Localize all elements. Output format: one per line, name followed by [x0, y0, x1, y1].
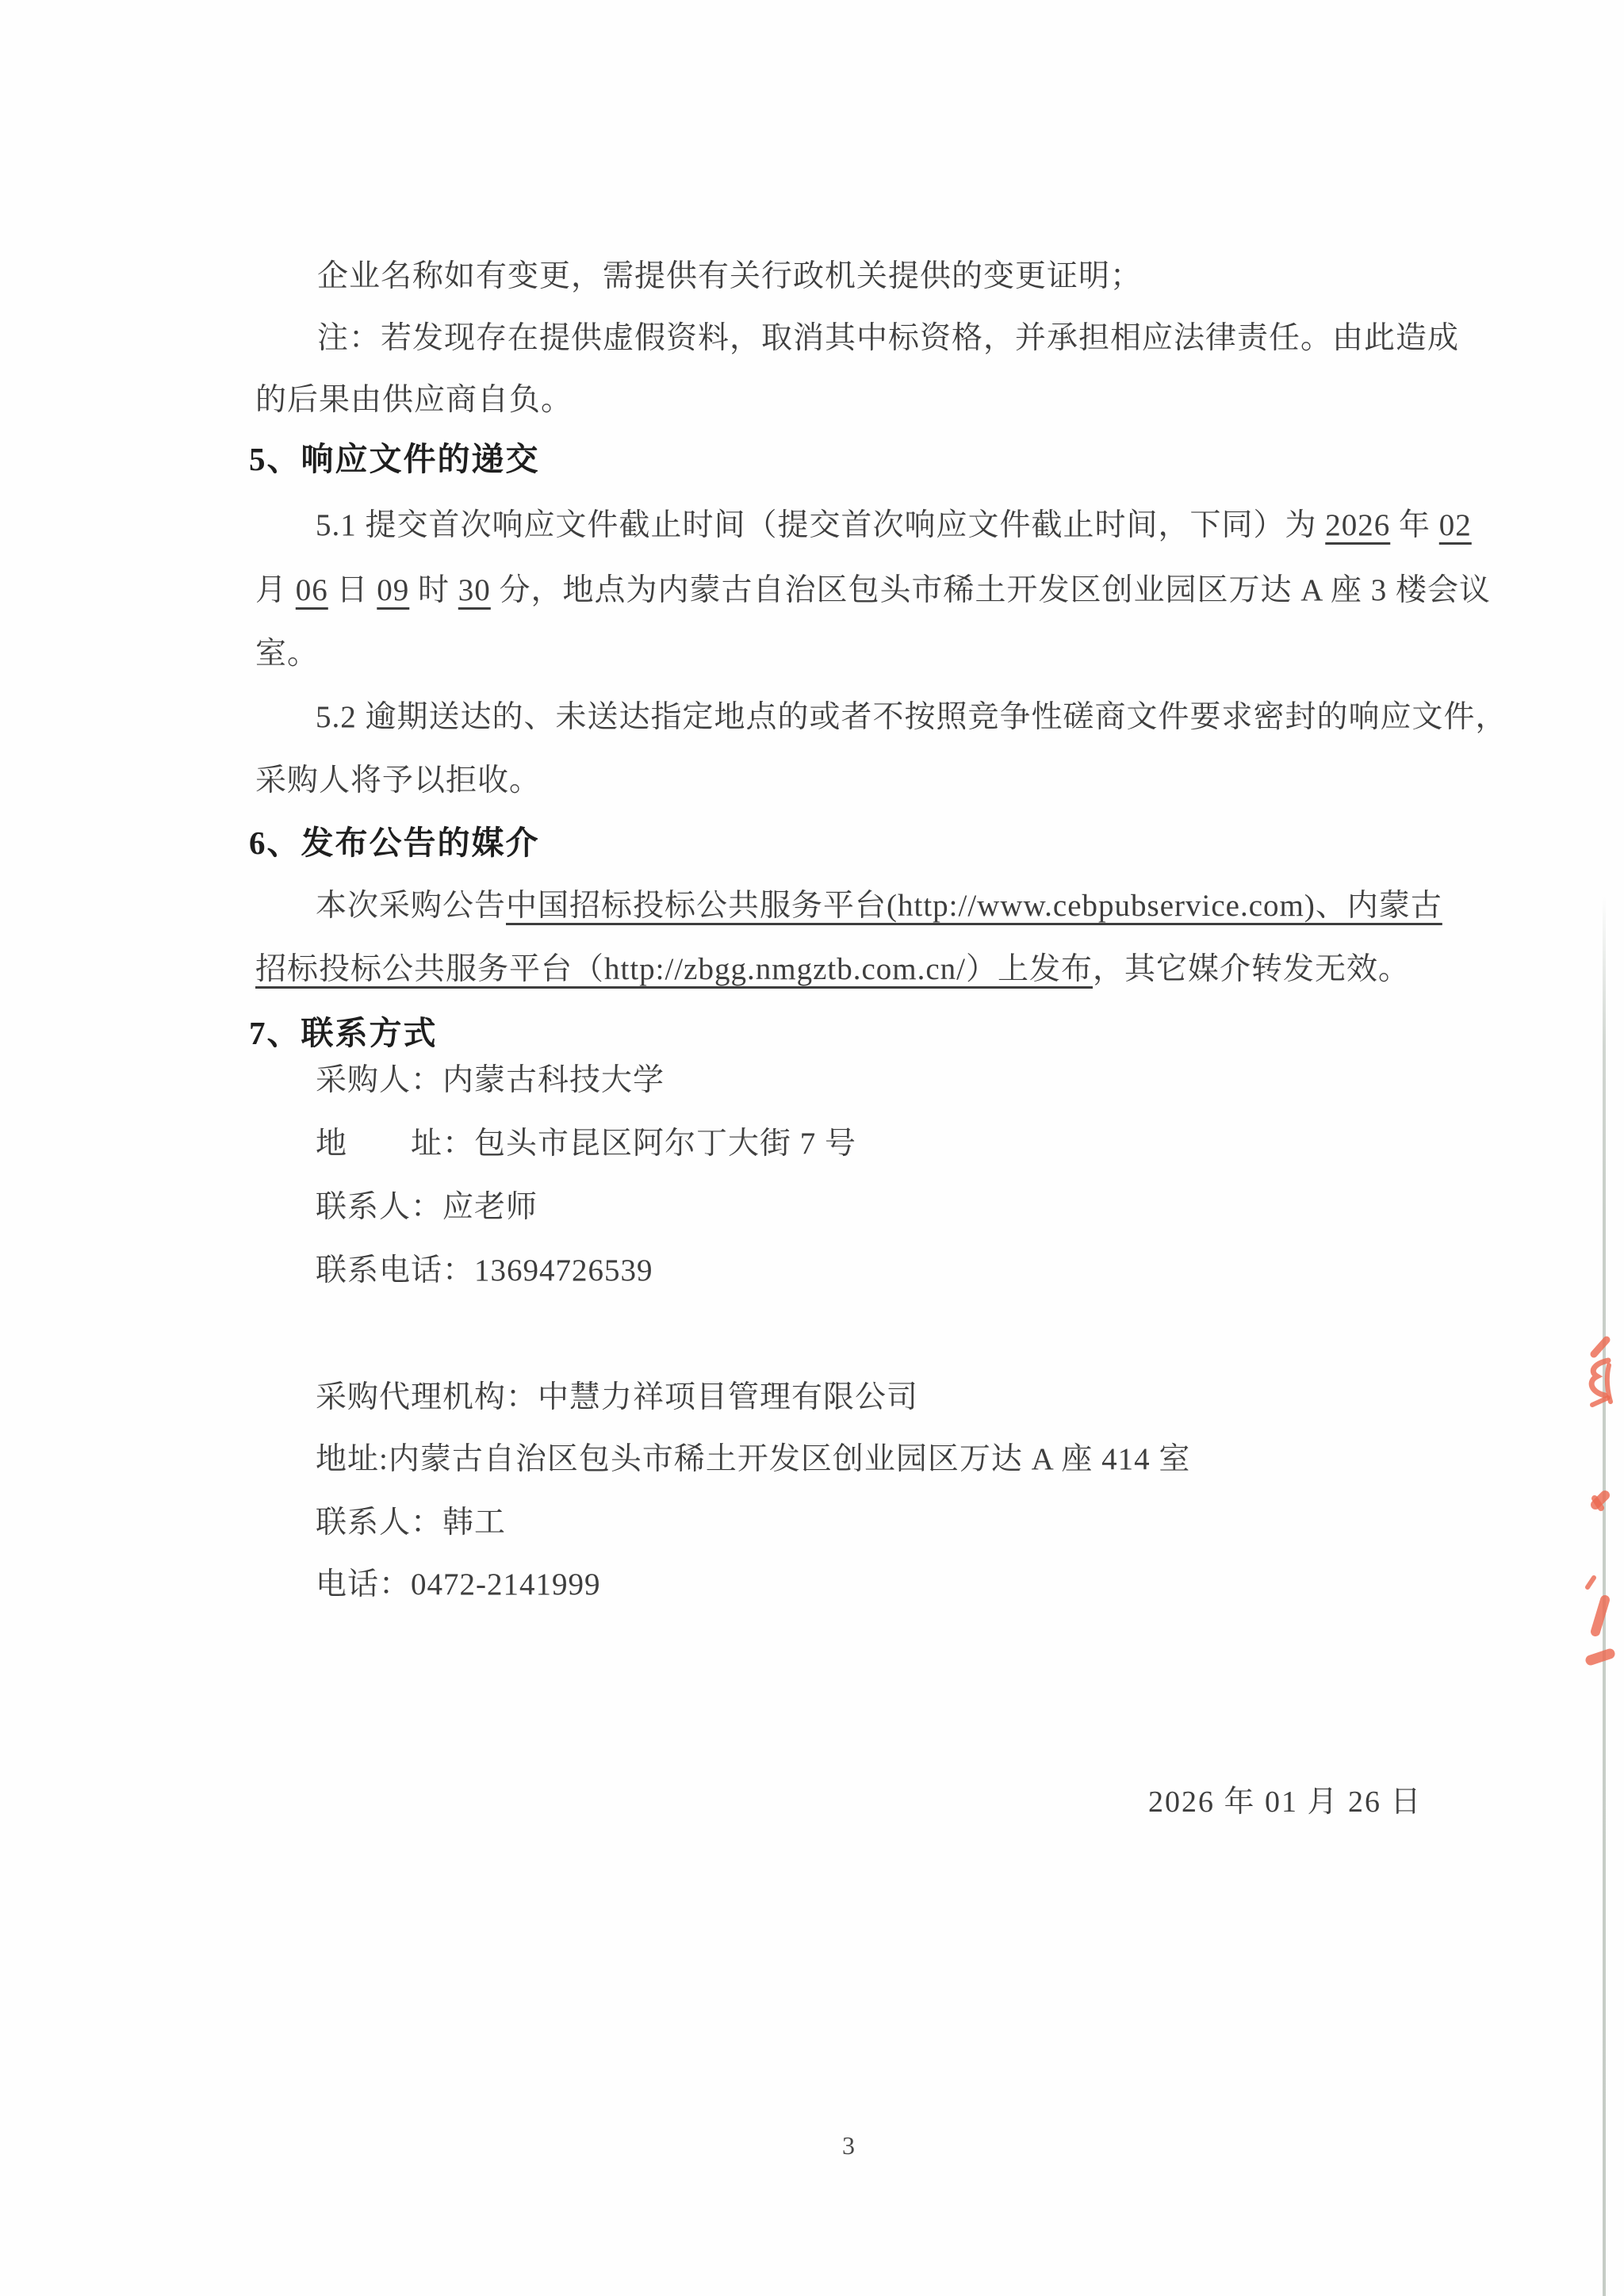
announcement-date: 2026 年 01 月 26 日 — [1148, 1784, 1423, 1820]
media-line1-pre: 本次采购公告 — [316, 889, 506, 923]
media-platform-1-underlined: 中国招标投标公共服务平台(http://www.cebpubservice.co… — [506, 889, 1442, 923]
media-line2-post: ，其它媒介转发无效。 — [1093, 952, 1410, 986]
location-text: 分，地点为内蒙古自治区包头市稀土开发区创业园区万达 A 座 3 楼会议 — [491, 573, 1491, 607]
section-6-heading: 6、发布公告的媒介 — [249, 825, 540, 861]
section-7-heading: 7、联系方式 — [249, 1015, 438, 1051]
red-seal-fragment-icon — [1573, 1308, 1624, 1681]
buyer-address: 地 址：包头市昆区阿尔丁大街 7 号 — [316, 1126, 856, 1162]
item-5-2-line1: 5.2 逾期送达的、未送达指定地点的或者不按照竞争性磋商文件要求密封的响应文件， — [316, 699, 1507, 736]
agency-name: 采购代理机构：中慧力祥项目管理有限公司 — [316, 1380, 918, 1416]
announcement-media-line2: 招标投标公共服务平台（http://zbgg.nmgztb.com.cn/）上发… — [255, 951, 1410, 988]
deadline-day-underlined: 06 — [296, 573, 328, 607]
para-note-line1: 注：若发现存在提供虚假资料，取消其中标资格，并承担相应法律责任。由此造成 — [317, 320, 1459, 357]
year-unit: 年 — [1390, 508, 1439, 542]
agency-contact-person: 联系人：韩工 — [316, 1505, 506, 1541]
deadline-minute-underlined: 30 — [458, 573, 491, 607]
day-unit: 日 — [328, 573, 377, 607]
item-5-1-line1: 5.1 提交首次响应文件截止时间（提交首次响应文件截止时间，下同）为 2026 … — [316, 507, 1472, 544]
buyer-contact-person: 联系人：应老师 — [316, 1189, 538, 1226]
document-page: 企业名称如有变更，需提供有关行政机关提供的变更证明； 注：若发现存在提供虚假资料… — [0, 0, 1624, 2296]
item-5-1-line2: 月 06 日 09 时 30 分，地点为内蒙古自治区包头市稀土开发区创业园区万达… — [255, 572, 1491, 609]
item-5-1-line3: 室。 — [255, 636, 319, 672]
media-platform-2-underlined: 招标投标公共服务平台（http://zbgg.nmgztb.com.cn/）上发… — [255, 952, 1093, 986]
item-5-1-text: 5.1 提交首次响应文件截止时间（提交首次响应文件截止时间，下同）为 — [316, 508, 1325, 542]
page-number: 3 — [823, 2131, 874, 2160]
agency-phone: 电话：0472-2141999 — [316, 1567, 601, 1603]
buyer-name: 采购人：内蒙古科技大学 — [316, 1062, 665, 1099]
para-note-line2: 的后果由供应商自负。 — [255, 382, 573, 419]
deadline-month-underlined: 02 — [1439, 508, 1472, 542]
deadline-year-underlined: 2026 — [1325, 508, 1390, 542]
hour-unit: 时 — [409, 573, 458, 607]
announcement-media-line1: 本次采购公告中国招标投标公共服务平台(http://www.cebpubserv… — [316, 888, 1442, 924]
month-unit: 月 — [255, 573, 296, 607]
para-enterprise-change: 企业名称如有变更，需提供有关行政机关提供的变更证明； — [317, 258, 1142, 295]
item-5-2-line2: 采购人将予以拒收。 — [255, 763, 541, 799]
section-5-heading: 5、响应文件的递交 — [249, 441, 540, 477]
deadline-hour-underlined: 09 — [377, 573, 409, 607]
agency-address: 地址:内蒙古自治区包头市稀土开发区创业园区万达 A 座 414 室 — [316, 1441, 1190, 1478]
buyer-phone: 联系电话：13694726539 — [316, 1253, 653, 1289]
